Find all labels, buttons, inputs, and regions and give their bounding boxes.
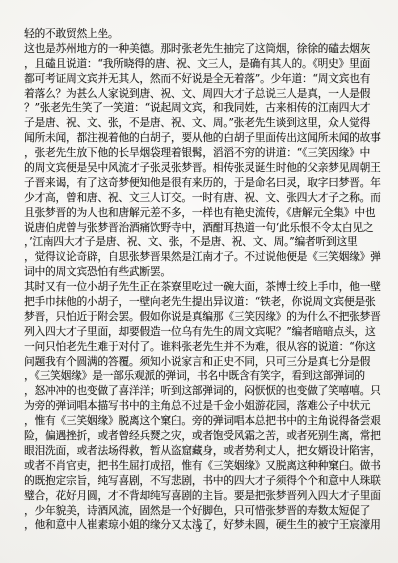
text-line: 这也是苏州地方的一种美德。那时张老先生抽完了这筒烟，徐徐的磕去烟灰 bbox=[24, 42, 388, 57]
text-line: 轻的不敢贸然上坐。 bbox=[24, 27, 388, 42]
page-number: - 3 - bbox=[0, 525, 398, 535]
text-line: 都可考证周文宾并无其人，然而不好说是全无着落”。少年道：“周文宾也有 bbox=[24, 72, 388, 87]
text-line: 且张梦晋的为人也和唐解元差不多，一样也有艳史流传，《唐解元全集》中也 bbox=[24, 206, 388, 221]
text-line: ，’江南四大才子是唐、祝、文、张，不是唐、祝、文、周。”编者听到这里 bbox=[24, 235, 388, 250]
text-line: 璧合，花好月圆，才不背却纯写喜剧的主旨。要是把张梦晋列入四大才子里面 bbox=[24, 489, 388, 504]
text-line: 问题我有个圆满的答覆。须知小说家言和正史不同，只可三分是真七分是假 bbox=[24, 355, 388, 370]
text-line: 子晋来谒，有了这奇梦便知他是很有来历的，于是命名曰灵，取字曰梦晋。年 bbox=[24, 176, 388, 191]
text-line: 把手巾抹他的小胡子，一壁向老先生提出异议道：“铁老，你说周文宾便是张 bbox=[24, 295, 388, 310]
text-line: ，张老先生放下他的长旱烟袋理着银髯，滔滔不穷的讲道：“《三笑因缘》中 bbox=[24, 146, 388, 161]
text-line: 眼泪洗面，或者法场得救，暂从盗窟藏身，或者势利丈人，把女婿设计陷害， bbox=[24, 444, 388, 459]
body-text: 轻的不敢贸然上坐。这也是苏州地方的一种美德。那时张老先生抽完了这筒烟，徐徐的磕去… bbox=[24, 27, 388, 533]
text-line: ，且磕且说道：“我所晓得的唐、祝、文三人，是确有其人的。《明史》里面 bbox=[24, 57, 388, 72]
text-line: 少才高，曾和唐、祝、文三人订交。一时有唐、祝、文、张四大才子之称。而 bbox=[24, 191, 388, 206]
text-line: 的周文宾便是吴中风流才子张灵张梦晋。相传张灵诞生时他的父亲梦见周朝王 bbox=[24, 161, 388, 176]
text-line: 其时又有一位小胡子先生正在茶寮里吃过一碗大面，茶博士绞上手巾，他一壁 bbox=[24, 280, 388, 295]
text-line: ，怒冲冲的也变做了喜洋洋；听到这部弹词的，闷恹恹的也变做了笑嘻嘻。只 bbox=[24, 384, 388, 399]
text-line: ，《三笑姻缘》是一部乐观派的弹词，书名中既含有笑字，看到这部弹词的 bbox=[24, 369, 388, 384]
scanned-book-page: 轻的不敢贸然上坐。这也是苏州地方的一种美德。那时张老先生抽完了这筒烟，徐徐的磕去… bbox=[0, 0, 398, 563]
text-line: 险，偏遇挫折，或者曾经兵燹之灾，或者饱受风霜之苦，或者死别生离，常把 bbox=[24, 429, 388, 444]
text-line: 或者不肖官吏，把书生屈打成招，惟有《三笑姻缘》又脱离这种种窠臼。做书 bbox=[24, 459, 388, 474]
text-line: ，惟有《三笑姻缘》脱离这个窠臼。旁的弹词唱本总把书中的主角说得备尝艰 bbox=[24, 414, 388, 429]
text-line: ？”张老先生笑了一笑道：“说起周文宾，和我同姓，古来相传的江南四大才 bbox=[24, 101, 388, 116]
text-line: 子是唐、祝、文、张，不是唐、祝、文、周。”张老先生谈到这里，众人觉得 bbox=[24, 116, 388, 131]
text-line: 词中的周文宾恐怕有些武断罢。 bbox=[24, 265, 388, 280]
text-line: 的既抱定宗旨，纯写喜剧，不写悲剧，书中的四大才子须得个个和意中人珠联 bbox=[24, 474, 388, 489]
text-line: 为旁的弹词唱本描写书中的主角总不过是千金小姐游花园，落难公子中状元 bbox=[24, 399, 388, 414]
text-line: 说唐伯虎曾与张梦晋治酒痛饮野寺中，酒酣耳热道一句‘此乐恨不令太白见之 bbox=[24, 221, 388, 236]
text-line: 一问只怕老先生难于对付了。谁料张老先生并不为难，很从容的说道：“你这 bbox=[24, 340, 388, 355]
text-line: 闻所未闻，都注视着他的白胡子，要从他的白胡子里面传出这闻所未闻的故事 bbox=[24, 131, 388, 146]
text-line: ，觉得议论奇辟，自思张梦晋果然是江南才子。不过说他便是《三笑姻缘》弹 bbox=[24, 250, 388, 265]
text-line: 列入四大才子里面，却要假造一位乌有先生的周文宾呢？”编者暗暗点头，这 bbox=[24, 325, 388, 340]
text-line: ，少年貌美，诗酒风流，固然是一个好脚色，只可惜张梦晋的寿数太短促了 bbox=[24, 504, 388, 519]
text-line: 着落么？为甚么人家说到唐、祝、文、周四大才子总说三人是真，一人是假 bbox=[24, 87, 388, 102]
text-line: 梦晋，只怕近于附会罢。假如你说是真编那《三笑因缘》的为什么不把张梦晋 bbox=[24, 310, 388, 325]
